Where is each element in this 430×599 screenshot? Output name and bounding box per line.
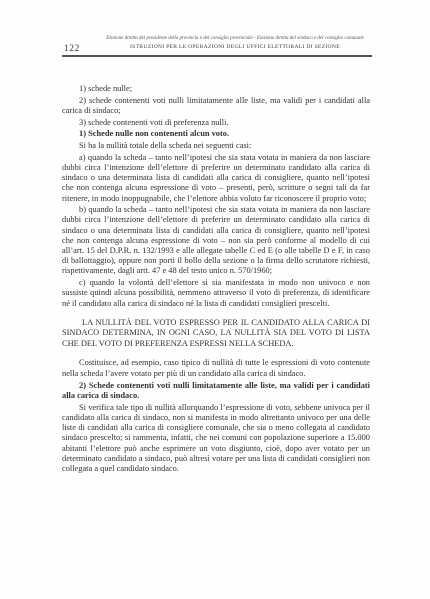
paragraph-caso-b: b) quando la scheda – tanto nell’ipotesi… xyxy=(62,205,370,276)
page-number: 122 xyxy=(64,44,80,54)
document-page: 122 Elezione diretta del presidente dell… xyxy=(0,0,430,599)
heading-voti-nulli-liste: 2) Schede contenenti voti nulli limitata… xyxy=(62,381,370,401)
paragraph-caso-c: c) quando la volontà dell’elettore si si… xyxy=(62,278,370,309)
paragraph-chiusura: Si verifica tale tipo di nullità allorqu… xyxy=(62,403,370,474)
header-rule xyxy=(62,55,372,57)
running-header-subtitle: ISTRUZIONI PER LE OPERAZIONI DEGLI UFFIC… xyxy=(98,44,372,51)
heading-schede-nulle: 1) Schede nulle non contenenti alcun vot… xyxy=(62,129,370,139)
paragraph-esempio: Costituisce, ad esempio, caso tipico di … xyxy=(62,358,370,378)
list-item-preferenza-nulli: 3) schede contenenti voti di preferenza … xyxy=(62,118,370,128)
body-text: 1) schede nulle; 2) schede contenenti vo… xyxy=(62,84,370,476)
paragraph-intro-casi: Si ha la nullità totale della scheda nei… xyxy=(62,141,370,151)
running-header-text: Elezione diretta del presidente della pr… xyxy=(98,36,372,51)
list-item-voti-nulli-liste: 2) schede contenenti voti nulli limitata… xyxy=(62,96,370,116)
running-header: 122 Elezione diretta del presidente dell… xyxy=(62,36,372,57)
paragraph-caso-a: a) quando la scheda – tanto nell’ipotesi… xyxy=(62,153,370,204)
list-item-schede-nulle: 1) schede nulle; xyxy=(62,84,370,94)
running-header-title: Elezione diretta del presidente della pr… xyxy=(98,36,372,43)
note-nullita-voto: LA NULLITÀ DEL VOTO ESPRESSO PER IL CAND… xyxy=(62,318,370,349)
